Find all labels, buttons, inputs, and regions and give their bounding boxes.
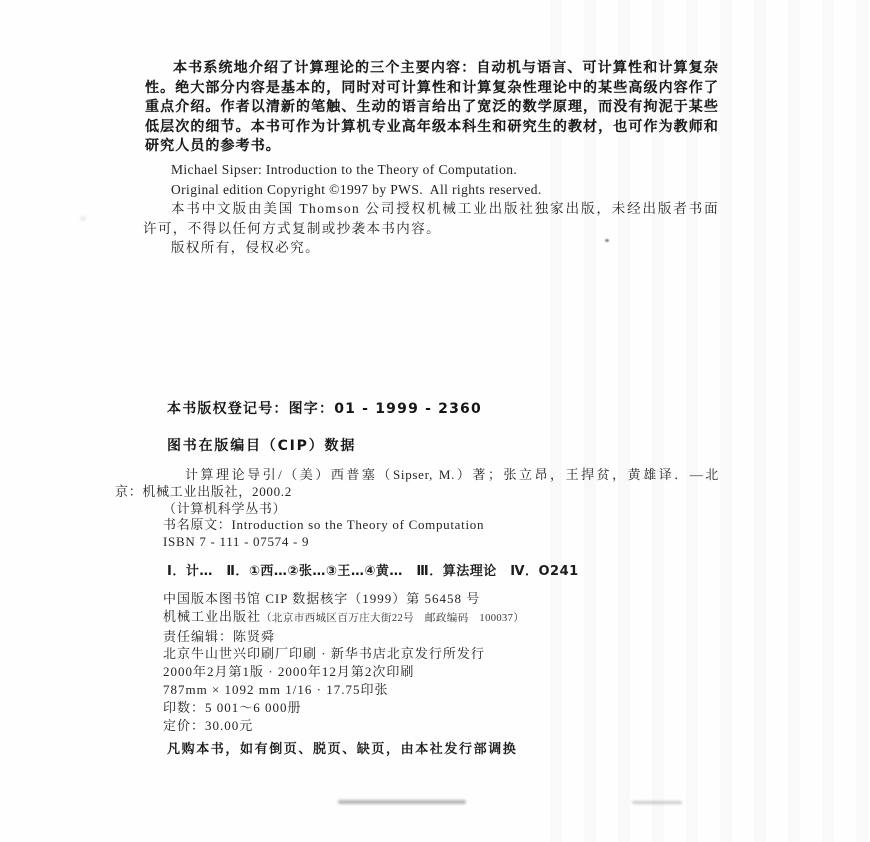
edition-line: 2000年2月第1版 · 2000年12月第2次印刷 [163,663,723,681]
cip-record-number: 中国版本图书馆 CIP 数据核字（1999）第 56458 号 [163,590,723,608]
original-copyright-line: Original edition Copyright ©1997 by PWS.… [143,180,719,200]
format-line: 787mm × 1092 mm 1/16 · 17.75印张 [163,681,723,699]
intro-line: 研究人员的参考书。 [145,137,719,157]
publishing-colophon: 中国版本图书馆 CIP 数据核字（1999）第 56458 号 机械工业出版社（… [163,590,723,734]
scan-smudge-artifact [632,801,682,804]
cip-series-line: （计算机科学丛书） [163,501,719,518]
cip-classification-line: Ⅰ．计… Ⅱ．①西…②张…③王…④黄… Ⅲ．算法理论 Ⅳ．O241 [167,560,579,579]
book-copyright-page-scan: 本书系统地介绍了计算理论的三个主要内容：自动机与语言、可计算性和计算复杂 性。绝… [0,0,870,842]
publisher-address: （北京市西城区百万庄大街22号 邮政编码 100037） [261,613,524,624]
cip-publisher-line: 京：机械工业出版社，2000.2 [115,484,719,501]
scan-speck-artifact [605,239,609,242]
cip-data-heading: 图书在版编目（CIP）数据 [167,435,356,455]
scan-speck-artifact [80,216,86,221]
print-run-line: 印数：5 001～6 000册 [163,699,723,717]
price-line: 定价：30.00元 [163,717,723,735]
original-title-line: Michael Sipser: Introduction to the Theo… [143,160,719,180]
cip-isbn-line: ISBN 7 - 111 - 07574 - 9 [163,534,719,551]
all-rights-reserved-line: 版权所有，侵权必究。 [143,238,719,258]
printer-line: 北京牛山世兴印刷厂印刷 · 新华书店北京发行所发行 [163,645,723,663]
intro-line: 重点介绍。作者以清新的笔触、生动的语言给出了宽泛的数学原理，而没有拘泥于某些 [145,98,719,118]
intro-line: 低层次的细节。本书可作为计算机专业高年级本科生和研究生的教材，也可作为教师和 [145,118,719,138]
intro-line: 本书系统地介绍了计算理论的三个主要内容：自动机与语言、可计算性和计算复杂 [145,59,719,79]
scan-smudge-artifact [338,800,466,804]
intro-paragraph: 本书系统地介绍了计算理论的三个主要内容：自动机与语言、可计算性和计算复杂 性。绝… [145,59,719,157]
cip-title-line: 计算理论导引/（美）西普塞（Sipser, M.）著；张立昂，王捍贫，黄雄译．—… [163,467,719,484]
intro-line: 性。绝大部分内容是基本的，同时对可计算性和计算复杂性理论中的某些高级内容作了 [145,79,719,99]
publisher-name: 机械工业出版社 [163,609,261,624]
replacement-notice-line: 凡购本书，如有倒页、脱页、缺页，由本社发行部调换 [167,738,517,757]
chinese-rights-line: 本书中文版由美国 Thomson 公司授权机械工业出版社独家出版，未经出版者书面 [143,199,719,219]
cip-entry: 计算理论导引/（美）西普塞（Sipser, M.）著；张立昂，王捍贫，黄雄译．—… [163,467,719,551]
registration-number-line: 本书版权登记号：图字：01 - 1999 - 2360 [167,398,482,418]
cip-original-title-line: 书名原文：Introduction so the Theory of Compu… [163,517,719,534]
publisher-line: 机械工业出版社（北京市西城区百万庄大街22号 邮政编码 100037） [163,608,723,628]
copyright-statement: Michael Sipser: Introduction to the Theo… [143,160,719,258]
chinese-rights-line: 许可，不得以任何方式复制或抄袭本书内容。 [143,219,719,239]
editor-line: 责任编辑：陈贤舜 [163,628,723,646]
